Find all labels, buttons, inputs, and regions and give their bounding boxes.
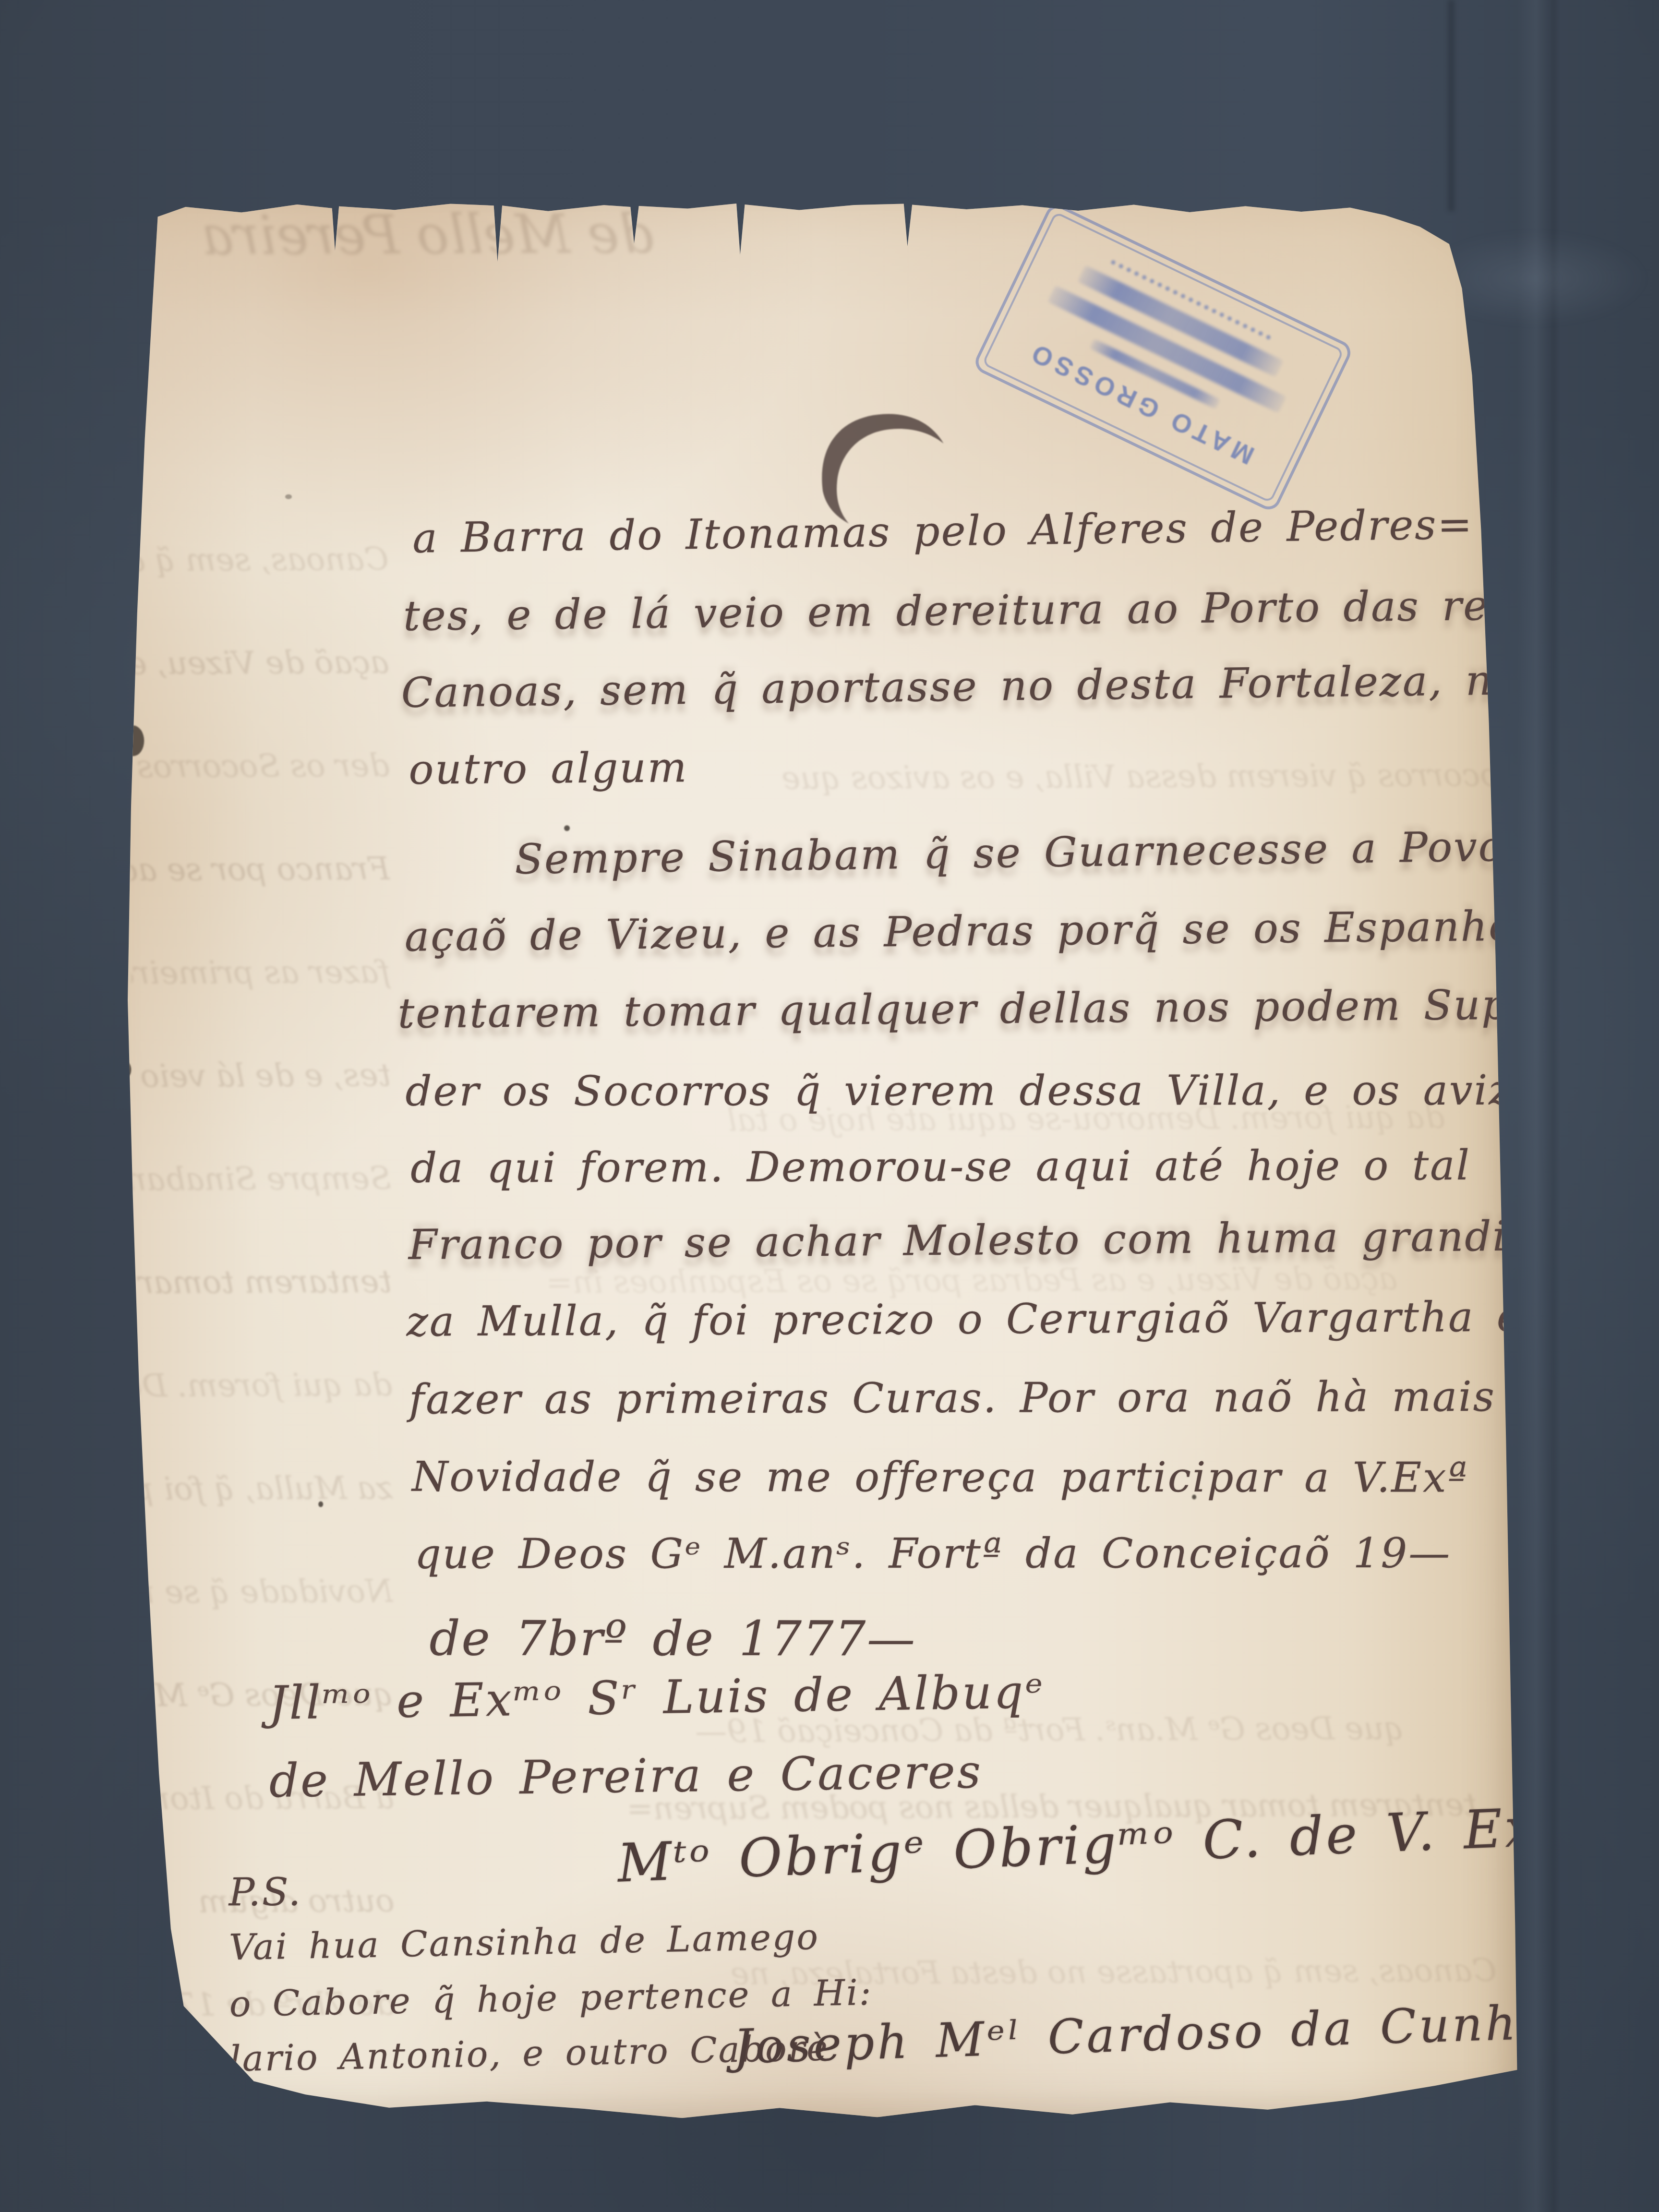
bleedthrough-fragment: da qui forem. Demorou-se aqui até hoje o… <box>133 1368 392 1407</box>
bleedthrough-fragment: fazer as primeiras Curas. Por ora naõ hà… <box>131 955 390 994</box>
bleedthrough-fragment: tentarem tomar qualquer dellas nos podem… <box>132 1264 392 1304</box>
manuscript-line: tentarem tomar qualquer dellas nos podem… <box>397 984 1518 1034</box>
manuscript-line: za Mulla, q̃ foi precizo o Cerurgiaõ Var… <box>406 1297 1518 1343</box>
bleedthrough-fragment: der os Socorros q̃ vierem dessa Villa, e… <box>130 748 389 788</box>
manuscript-page: de Mello Pereira e Caceres Canoas, sem q… <box>116 182 1519 2123</box>
bleedthrough-flourish: de Mello Pereira e Caceres <box>197 204 654 298</box>
closing-signature: Mᵗᵒ Obrigᵉ Obrigᵐᵒ C. de V. Exª <box>616 1800 1518 1889</box>
manuscript-line: outro algum <box>409 747 688 791</box>
folded-corner <box>1393 201 1494 274</box>
manuscript-line: Canoas, sem q̃ aportasse no desta Fortal… <box>401 658 1518 713</box>
manuscript-line: de 7brº de 1777— <box>429 1615 916 1663</box>
bleedthrough-line: der os Socorros q̃ vierem dessa Villa, e… <box>670 757 1518 803</box>
manuscript-line: Franco por se achar Molesto com huma gra… <box>408 1215 1518 1266</box>
bleedthrough-fragment: tes, e de lá veio em dereitura ao Porto … <box>132 1058 391 1097</box>
ink-blot <box>120 1061 131 1078</box>
photo-canvas: de Mello Pereira e Caceres Canoas, sem q… <box>0 0 1659 2212</box>
postscript-label: P.S. <box>229 1873 302 1912</box>
manuscript-line: Sempre Sinabam q̃ se Guarnecesse a Povo= <box>515 826 1519 880</box>
bleedthrough-fragment: za Mulla, q̃ foi precizo o Cerurgiaõ Var… <box>133 1471 393 1510</box>
bleedthrough-fragment: Franco por se achar Molesto com huma gra… <box>131 852 390 891</box>
manuscript-line: der os Socorros q̃ vierem dessa Villa, e… <box>405 1070 1518 1112</box>
ink-blot <box>122 725 144 756</box>
manuscript-line: que Deos Gᵉ M.anˢ. Fortª da Conceiçaõ 19… <box>415 1533 1452 1575</box>
archive-stamp: MATO GROSSO <box>972 201 1355 514</box>
bleedthrough-fragment: Novidade q̃ se me offereça participar a … <box>134 1574 393 1613</box>
ink-speck <box>318 1501 323 1507</box>
bleedthrough-fragment: Sempre Sinabam q̃ se Guarnecesse a Povo= <box>132 1161 391 1201</box>
backdrop-fold-right <box>1517 0 1560 2212</box>
manuscript-line: Novidade q̃ se me offereça participar a … <box>412 1456 1469 1499</box>
manuscript-line: da qui forem. Demorou-se aqui até hoje o… <box>410 1145 1471 1189</box>
addressee-line: Jllᵐᵒ e Exᵐᵒ Sʳ Luis de Albuqᵉ <box>268 1669 1045 1726</box>
manuscript-line: a Barra do Itonamas pelo Alferes de Pedr… <box>412 504 1474 559</box>
bleedthrough-fragment: Canoas, sem q̃ aportasse no desta Fortal… <box>129 542 388 581</box>
ink-speck <box>564 825 570 831</box>
bleedthrough-fragment: açaõ de Vizeu, e as Pedras porq̃ se os E… <box>130 645 389 685</box>
manuscript-line: fazer as primeiras Curas. Por ora naõ hà… <box>409 1376 1496 1420</box>
backdrop-seam-top <box>1448 0 1455 211</box>
postscript-line: o Cabore q̃ hoje pertence a Hi: <box>229 1975 873 2022</box>
manuscript-line: açaõ de Vizeu, e as Pedras porq̃ se os E… <box>405 904 1519 958</box>
postscript-line: Vai hua Cansinha de Lamego <box>229 1919 820 1966</box>
addressee-line: de Mello Pereira e Caceres <box>269 1749 983 1804</box>
ink-speck <box>285 494 292 499</box>
manuscript-line: tes, e de lá veio em dereitura ao Porto … <box>403 583 1519 637</box>
